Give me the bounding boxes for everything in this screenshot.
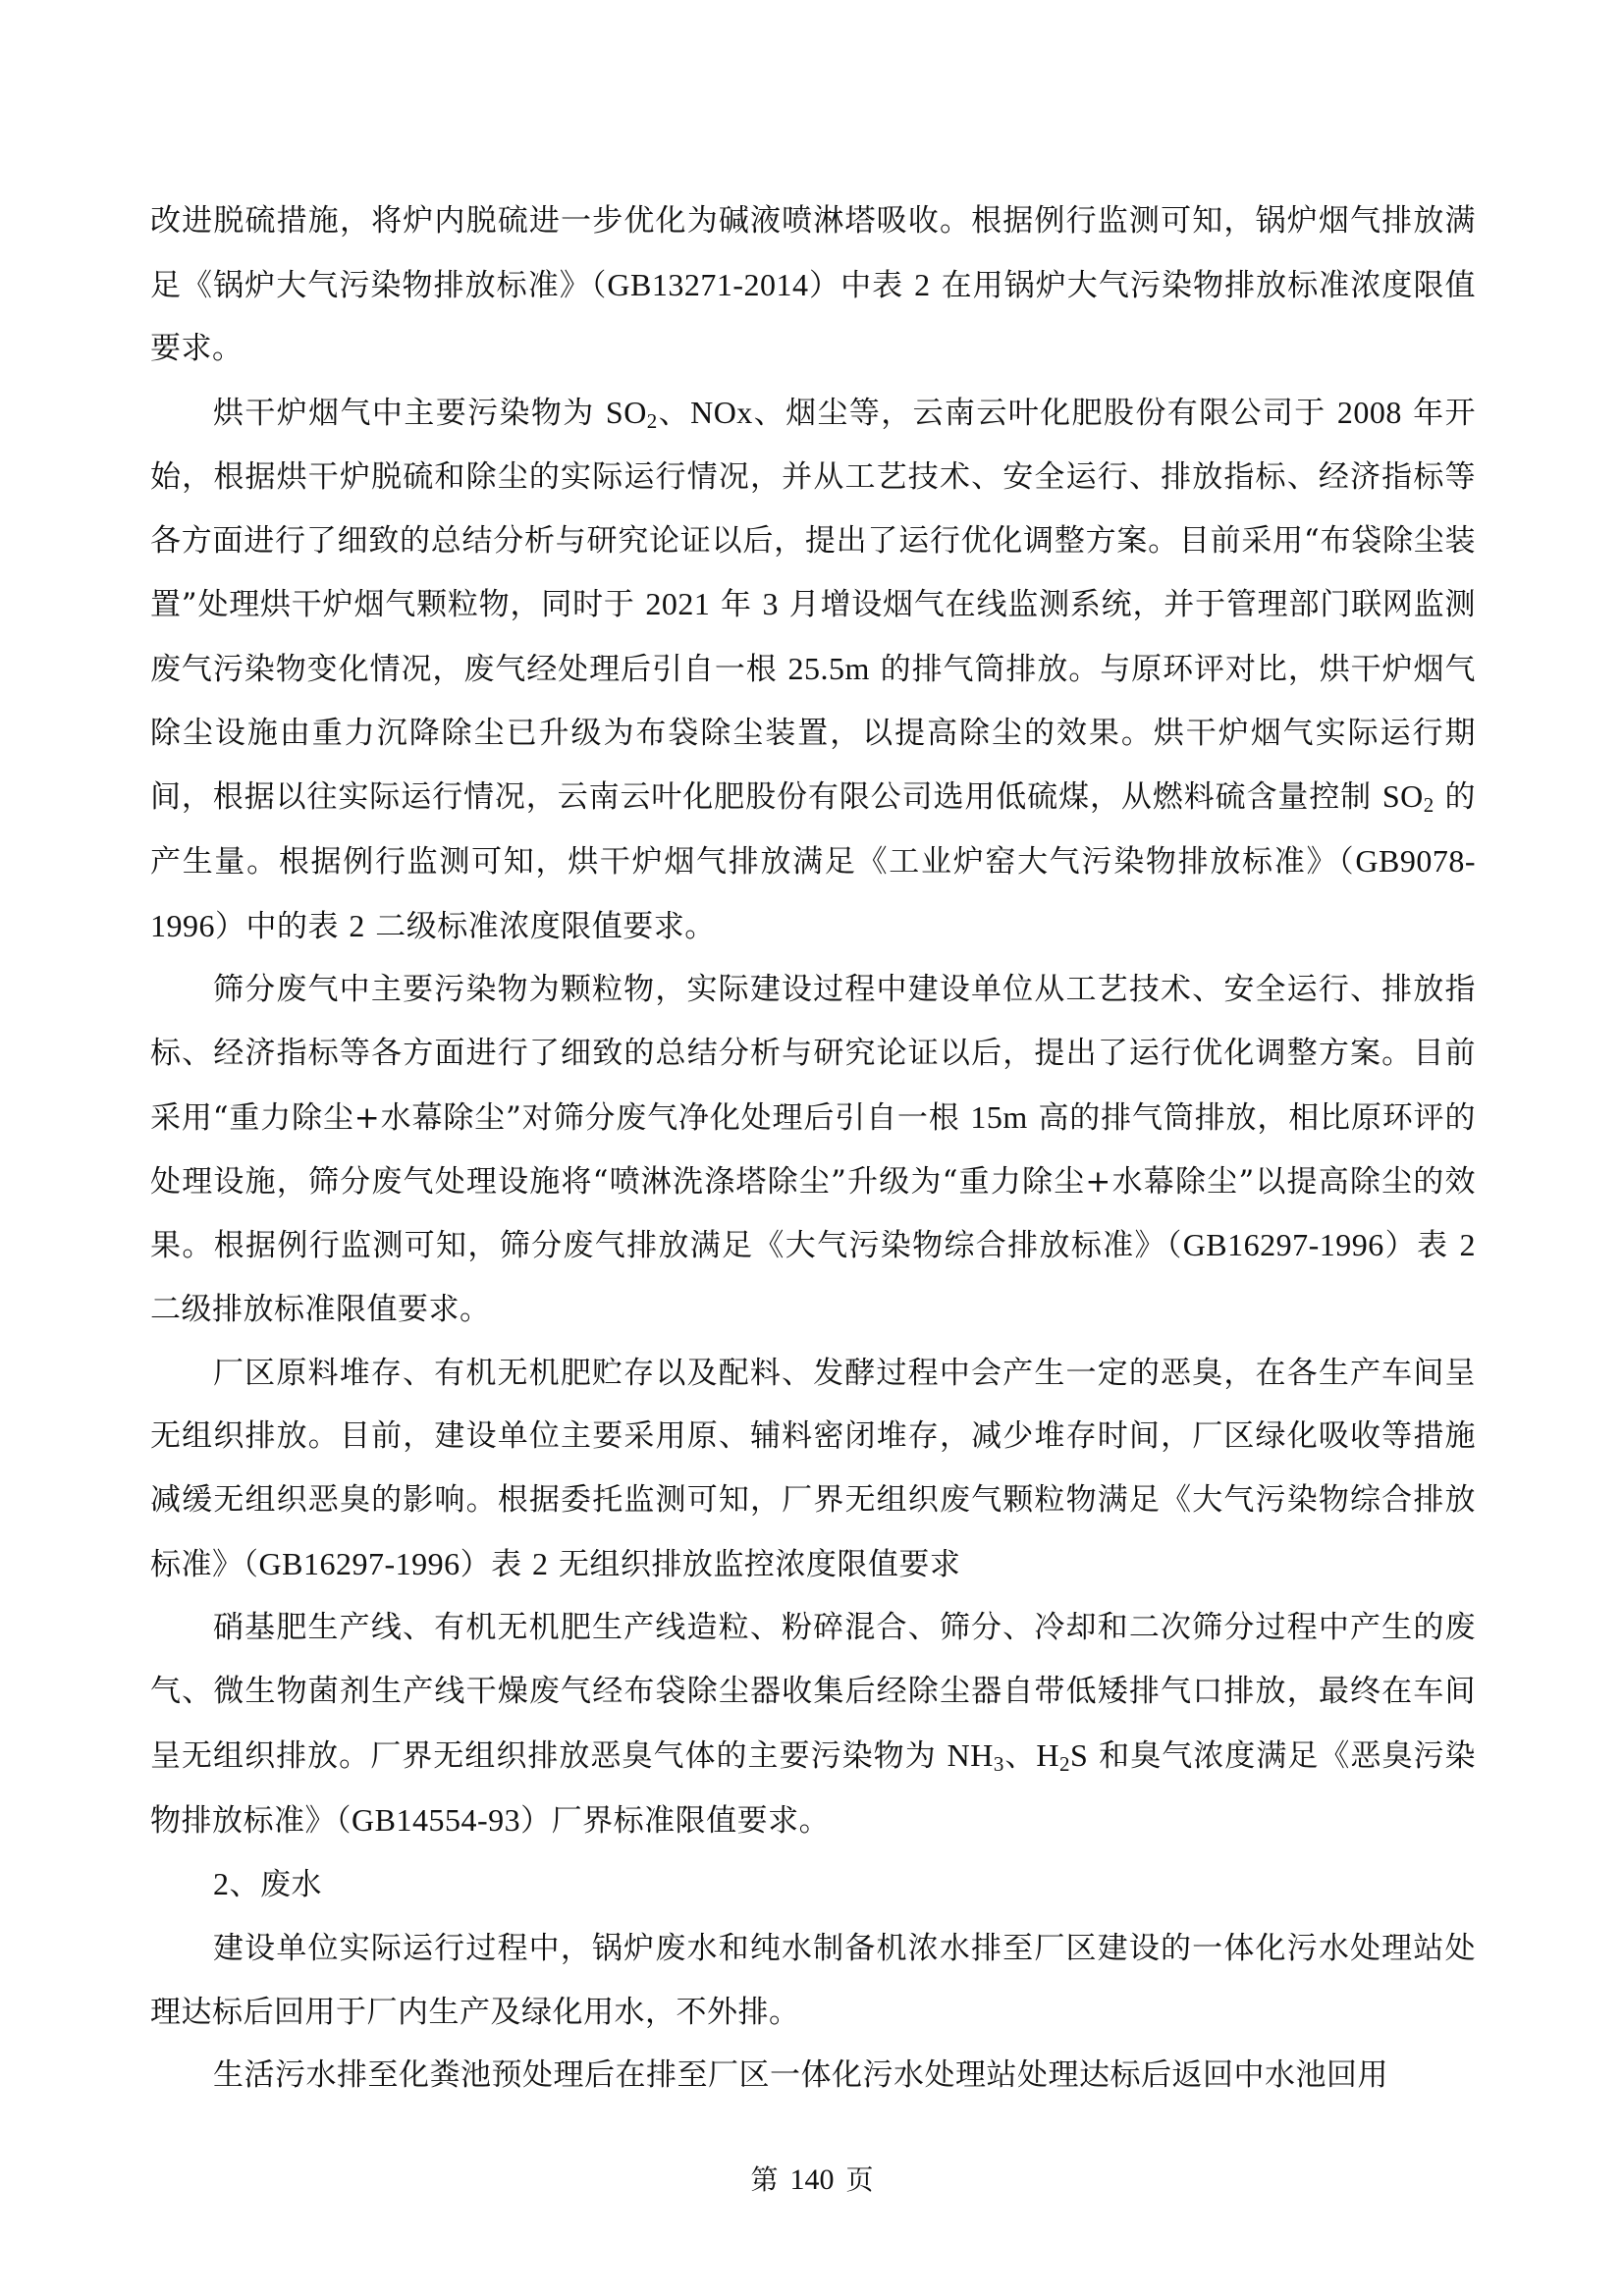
latin-text: GB14554-93 bbox=[352, 1802, 520, 1838]
latin-text: 2008 bbox=[1337, 395, 1402, 430]
latin-text: S bbox=[1070, 1737, 1088, 1773]
subscript: 3 bbox=[994, 1752, 1004, 1776]
paragraph-screening-exhaust: 筛分废气中主要污染物为颗粒物，实际建设过程中建设单位从工艺技术、安全运行、排放指… bbox=[150, 958, 1476, 1341]
text-segment: 烘干炉烟气中主要污染物为 bbox=[213, 396, 606, 431]
latin-text: 3 bbox=[762, 586, 779, 621]
latin-text: 2 bbox=[349, 908, 365, 943]
text-segment: 、烟尘等，云南云叶化肥股份有限公司于 bbox=[753, 396, 1337, 431]
text-segment: 、 bbox=[658, 396, 690, 431]
paragraph-production-line-fugitive: 硝基肥生产线、有机无机肥生产线造粒、粉碎混合、筛分、冷却和二次筛分过程中产生的废… bbox=[150, 1596, 1476, 1852]
latin-text: NH bbox=[947, 1737, 994, 1773]
latin-text: SO bbox=[606, 395, 647, 430]
body-text: 改进脱硫措施，将炉内脱硫进一步优化为碱液喷淋塔吸收。根据例行监测可知，锅炉烟气排… bbox=[150, 189, 1476, 2108]
subscript: 2 bbox=[1059, 1752, 1070, 1776]
latin-text: 2021 bbox=[645, 586, 710, 621]
text-segment: 生活污水排至化粪池预处理后在排至厂区一体化污水处理站处理达标后返回中水池回用 bbox=[213, 2057, 1388, 2093]
text-segment: 二级标准浓度限值要求。 bbox=[365, 909, 716, 944]
paragraph-odor-fugitive: 厂区原料堆存、有机无机肥贮存以及配料、发酵过程中会产生一定的恶臭，在各生产车间呈… bbox=[150, 1342, 1476, 1597]
latin-text: NOx bbox=[690, 395, 753, 430]
text-segment: 、 bbox=[1004, 1738, 1037, 1774]
text-segment: ）中的表 bbox=[215, 909, 349, 944]
latin-text: 2 bbox=[914, 267, 931, 302]
text-segment: ）表 bbox=[1384, 1228, 1460, 1263]
text-segment: ）厂界标准限值要求。 bbox=[520, 1803, 830, 1839]
latin-text: GB16297-1996 bbox=[1183, 1227, 1384, 1262]
paragraph-domestic-sewage: 生活污水排至化粪池预处理后在排至厂区一体化污水处理站处理达标后返回中水池回用 bbox=[150, 2044, 1476, 2108]
text-segment: 年 bbox=[710, 587, 762, 622]
text-segment: 二级排放标准限值要求。 bbox=[150, 1292, 491, 1327]
subscript: 2 bbox=[1424, 793, 1435, 817]
text-segment: 、废水 bbox=[230, 1867, 323, 1902]
page-footer: 第140页 bbox=[0, 2163, 1624, 2198]
latin-text: GB13271-2014 bbox=[607, 267, 808, 302]
paragraph-boiler-desulfurization-cont: 改进脱硫措施，将炉内脱硫进一步优化为碱液喷淋塔吸收。根据例行监测可知，锅炉烟气排… bbox=[150, 189, 1476, 381]
paragraph-dryer-flue-gas: 烘干炉烟气中主要污染物为 SO2、NOx、烟尘等，云南云叶化肥股份有限公司于 2… bbox=[150, 381, 1476, 958]
paragraph-section-wastewater-heading: 2、废水 bbox=[150, 1852, 1476, 1917]
latin-text: SO bbox=[1382, 778, 1424, 814]
text-segment: 无组织排放监控浓度限值要求 bbox=[548, 1547, 960, 1582]
page-number: 140 bbox=[790, 2163, 835, 2196]
latin-text: 2 bbox=[213, 1866, 230, 1901]
latin-text: 2 bbox=[1460, 1227, 1477, 1262]
document-page: 改进脱硫措施，将炉内脱硫进一步优化为碱液喷淋塔吸收。根据例行监测可知，锅炉烟气排… bbox=[0, 0, 1624, 2296]
latin-text: 2 bbox=[532, 1546, 549, 1581]
text-segment: ）表 bbox=[460, 1547, 532, 1582]
subscript: 2 bbox=[647, 409, 658, 433]
paragraph-boiler-wastewater: 建设单位实际运行过程中，锅炉废水和纯水制备机浓水排至厂区建设的一体化污水处理站处… bbox=[150, 1917, 1476, 2044]
text-segment: 建设单位实际运行过程中，锅炉废水和纯水制备机浓水排至厂区建设的一体化污水处理站处… bbox=[150, 1931, 1476, 2030]
latin-text: GB16297-1996 bbox=[259, 1546, 460, 1581]
text-segment: ）中表 bbox=[809, 268, 915, 303]
latin-text: H bbox=[1036, 1737, 1059, 1773]
page-label-prefix: 第 bbox=[750, 2163, 778, 2196]
latin-text: 15m bbox=[970, 1099, 1027, 1135]
latin-text: 25.5m bbox=[787, 651, 869, 686]
page-label-suffix: 页 bbox=[846, 2163, 874, 2196]
